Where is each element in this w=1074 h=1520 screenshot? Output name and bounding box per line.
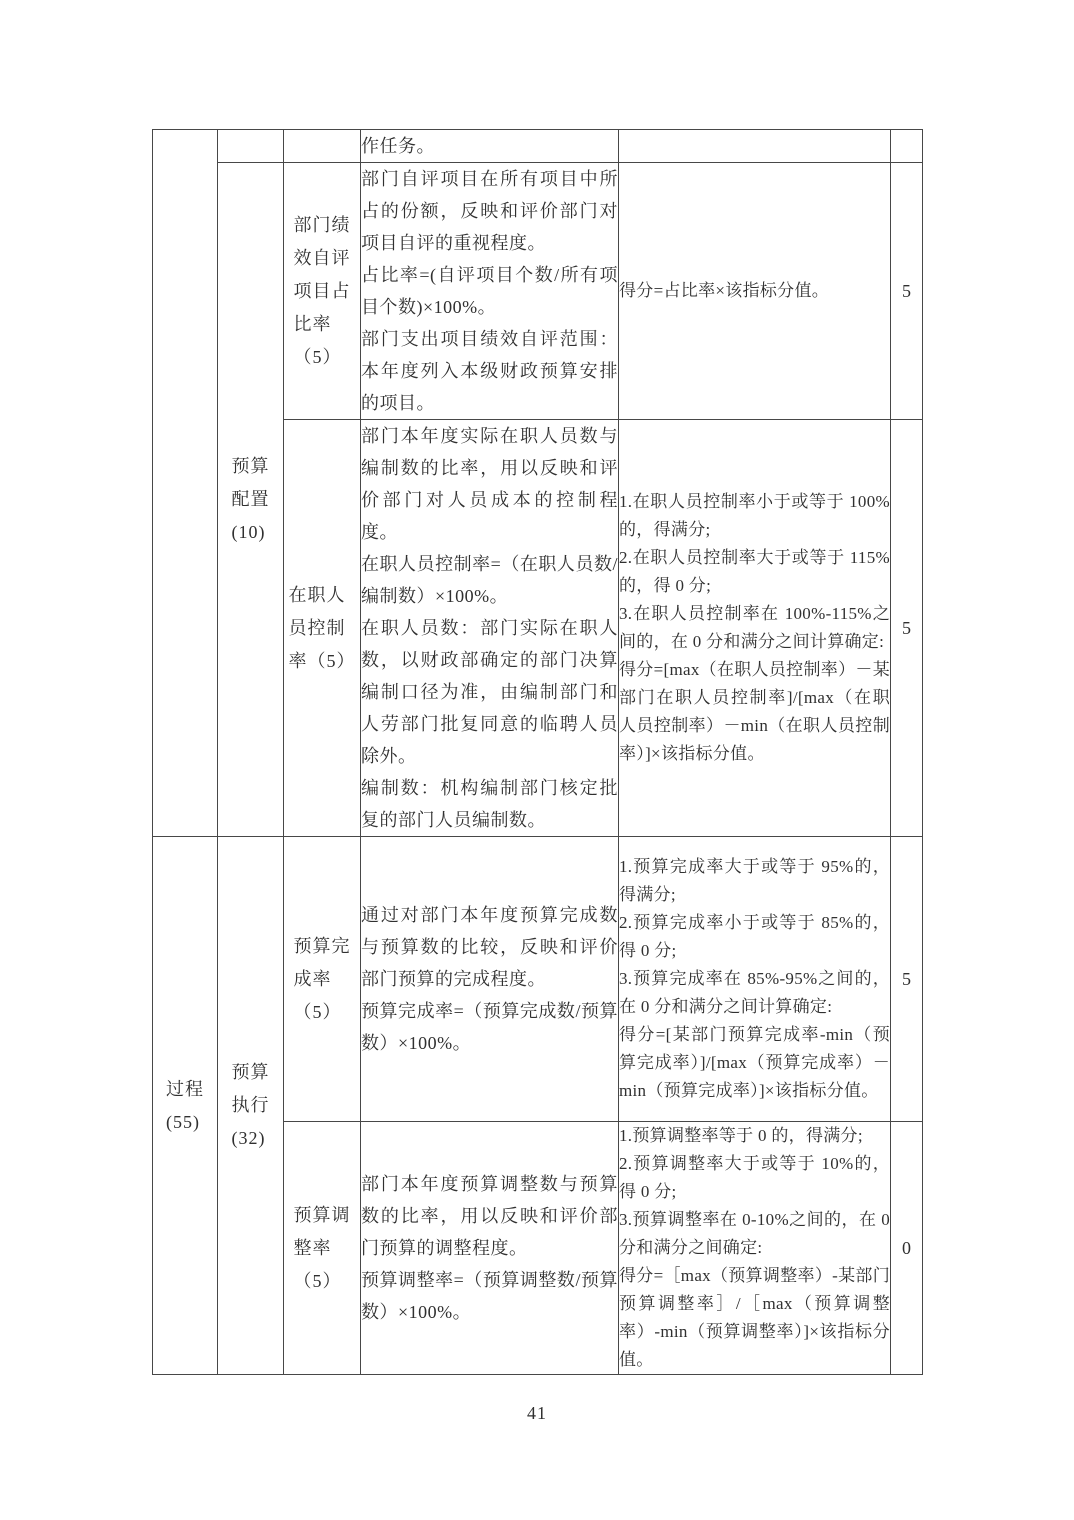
indicator-cell-self-eval-ratio: 部门绩 效自评 项目占 比率 （5） [284,163,361,420]
table-row-carryover: 作任务。 [153,130,923,163]
indicator-label: 预算完 成率 （5） [294,930,351,1029]
page-number: 41 [0,1403,1074,1424]
scoring-item: 1.预算调整率等于 0 的，得满分; [619,1122,890,1150]
scoring-item: 2.预算调整率大于或等于 10%的，得 0 分; [619,1150,890,1206]
level2-cell-continued [218,130,284,163]
indicator-cell-staff-control-rate: 在职人 员控制 率（5） [284,420,361,837]
description-paragraph: 部门本年度实际在职人员数与编制数的比率，用以反映和评价部门对人员成本的控制程度。 [361,420,618,548]
description-paragraph: 作任务。 [361,130,618,162]
indicator-cell-budget-adjustment-rate: 预算调 整率 （5） [284,1122,361,1375]
level2-label: 预算 配置 (10) [232,450,270,549]
description-paragraph: 编制数：机构编制部门核定批复的部门人员编制数。 [361,772,618,836]
scoring-item: 得分=[max（在职人员控制率）－某部门在职人员控制率]/[max（在职人员控制… [619,656,890,768]
scoring-cell: 1.在职人员控制率小于或等于 100%的，得满分; 2.在职人员控制率大于或等于… [619,420,891,837]
score-cell: 5 [891,163,923,420]
scoring-cell: 1.预算完成率大于或等于 95%的，得满分; 2.预算完成率小于或等于 85%的… [619,837,891,1122]
description-paragraph: 预算调整率=（预算调整数/预算数）×100%。 [361,1264,618,1328]
scoring-item: 2.在职人员控制率大于或等于 115%的，得 0 分; [619,544,890,600]
description-paragraph: 预算完成率=（预算完成数/预算数）×100%。 [361,995,618,1059]
indicator-cell-continued [284,130,361,163]
level2-label: 预算 执行 (32) [232,1056,270,1155]
description-paragraph: 占比率=(自评项目个数/所有项目个数)×100%。 [361,259,618,323]
table-row-budget-completion-rate: 过程 (55) 预算 执行 (32) 预算完 成率 （5） 通过对部门本年度预算… [153,837,923,1122]
score-cell: 0 [891,1122,923,1375]
score-cell-carryover [891,130,923,163]
indicator-label: 部门绩 效自评 项目占 比率 （5） [294,209,351,374]
indicator-cell-budget-completion-rate: 预算完 成率 （5） [284,837,361,1122]
scoring-item: 得分=[某部门预算完成率-min（预算完成率）]/[max（预算完成率）－min… [619,1021,890,1105]
level2-cell-budget-allocation: 预算 配置 (10) [218,163,284,837]
indicator-label: 预算调 整率 （5） [294,1199,351,1298]
indicator-label: 在职人 员控制 率（5） [289,579,356,678]
scoring-item: 3.预算调整率在 0-10%之间的，在 0 分和满分之间确定: [619,1206,890,1262]
scoring-item: 1.预算完成率大于或等于 95%的，得满分; [619,853,890,909]
scoring-item: 3.预算完成率在 85%-95%之间的，在 0 分和满分之间计算确定: [619,965,890,1021]
level2-cell-budget-execution: 预算 执行 (32) [218,837,284,1375]
description-paragraph: 部门自评项目在所有项目中所占的份额，反映和评价部门对项目自评的重视程度。 [361,163,618,259]
scoring-cell: 得分=占比率×该指标分值。 [619,163,891,420]
scoring-item: 得分=占比率×该指标分值。 [619,277,890,305]
scoring-item: 1.在职人员控制率小于或等于 100%的，得满分; [619,488,890,544]
description-paragraph: 在职人员控制率=（在职人员数/编制数）×100%。 [361,548,618,612]
description-paragraph: 在职人员数：部门实际在职人数，以财政部确定的部门决算编制口径为准，由编制部门和人… [361,612,618,772]
score-cell: 5 [891,837,923,1122]
level1-cell-process: 过程 (55) [153,837,218,1375]
score-cell: 5 [891,420,923,837]
scoring-cell-carryover [619,130,891,163]
scoring-item: 3.在职人员控制率在 100%-115%之间的，在 0 分和满分之间计算确定: [619,600,890,656]
description-cell: 部门本年度实际在职人员数与编制数的比率，用以反映和评价部门对人员成本的控制程度。… [361,420,619,837]
table-row-self-eval-ratio: 预算 配置 (10) 部门绩 效自评 项目占 比率 （5） 部门自评项目在所有项… [153,163,923,420]
scoring-item: 2.预算完成率小于或等于 85%的，得 0 分; [619,909,890,965]
indicator-table: 作任务。 预算 配置 (10) 部门绩 效自评 项目占 比率 （5） 部门自评项… [152,129,923,1375]
scoring-cell: 1.预算调整率等于 0 的，得满分; 2.预算调整率大于或等于 10%的，得 0… [619,1122,891,1375]
description-cell-carryover: 作任务。 [361,130,619,163]
description-paragraph: 部门本年度预算调整数与预算数的比率，用以反映和评价部门预算的调整程度。 [361,1168,618,1264]
level1-cell-continued [153,130,218,837]
description-cell: 部门本年度预算调整数与预算数的比率，用以反映和评价部门预算的调整程度。 预算调整… [361,1122,619,1375]
description-paragraph: 部门支出项目绩效自评范围：本年度列入本级财政预算安排的项目。 [361,323,618,419]
description-cell: 部门自评项目在所有项目中所占的份额，反映和评价部门对项目自评的重视程度。 占比率… [361,163,619,420]
level1-label: 过程 (55) [166,1073,204,1139]
description-cell: 通过对部门本年度预算完成数与预算数的比较，反映和评价部门预算的完成程度。 预算完… [361,837,619,1122]
scoring-item: 得分=［max（预算调整率）-某部门预算调整率］/［max（预算调整率）-min… [619,1262,890,1374]
description-paragraph: 通过对部门本年度预算完成数与预算数的比较，反映和评价部门预算的完成程度。 [361,899,618,995]
document-page: 作任务。 预算 配置 (10) 部门绩 效自评 项目占 比率 （5） 部门自评项… [0,0,1074,1520]
